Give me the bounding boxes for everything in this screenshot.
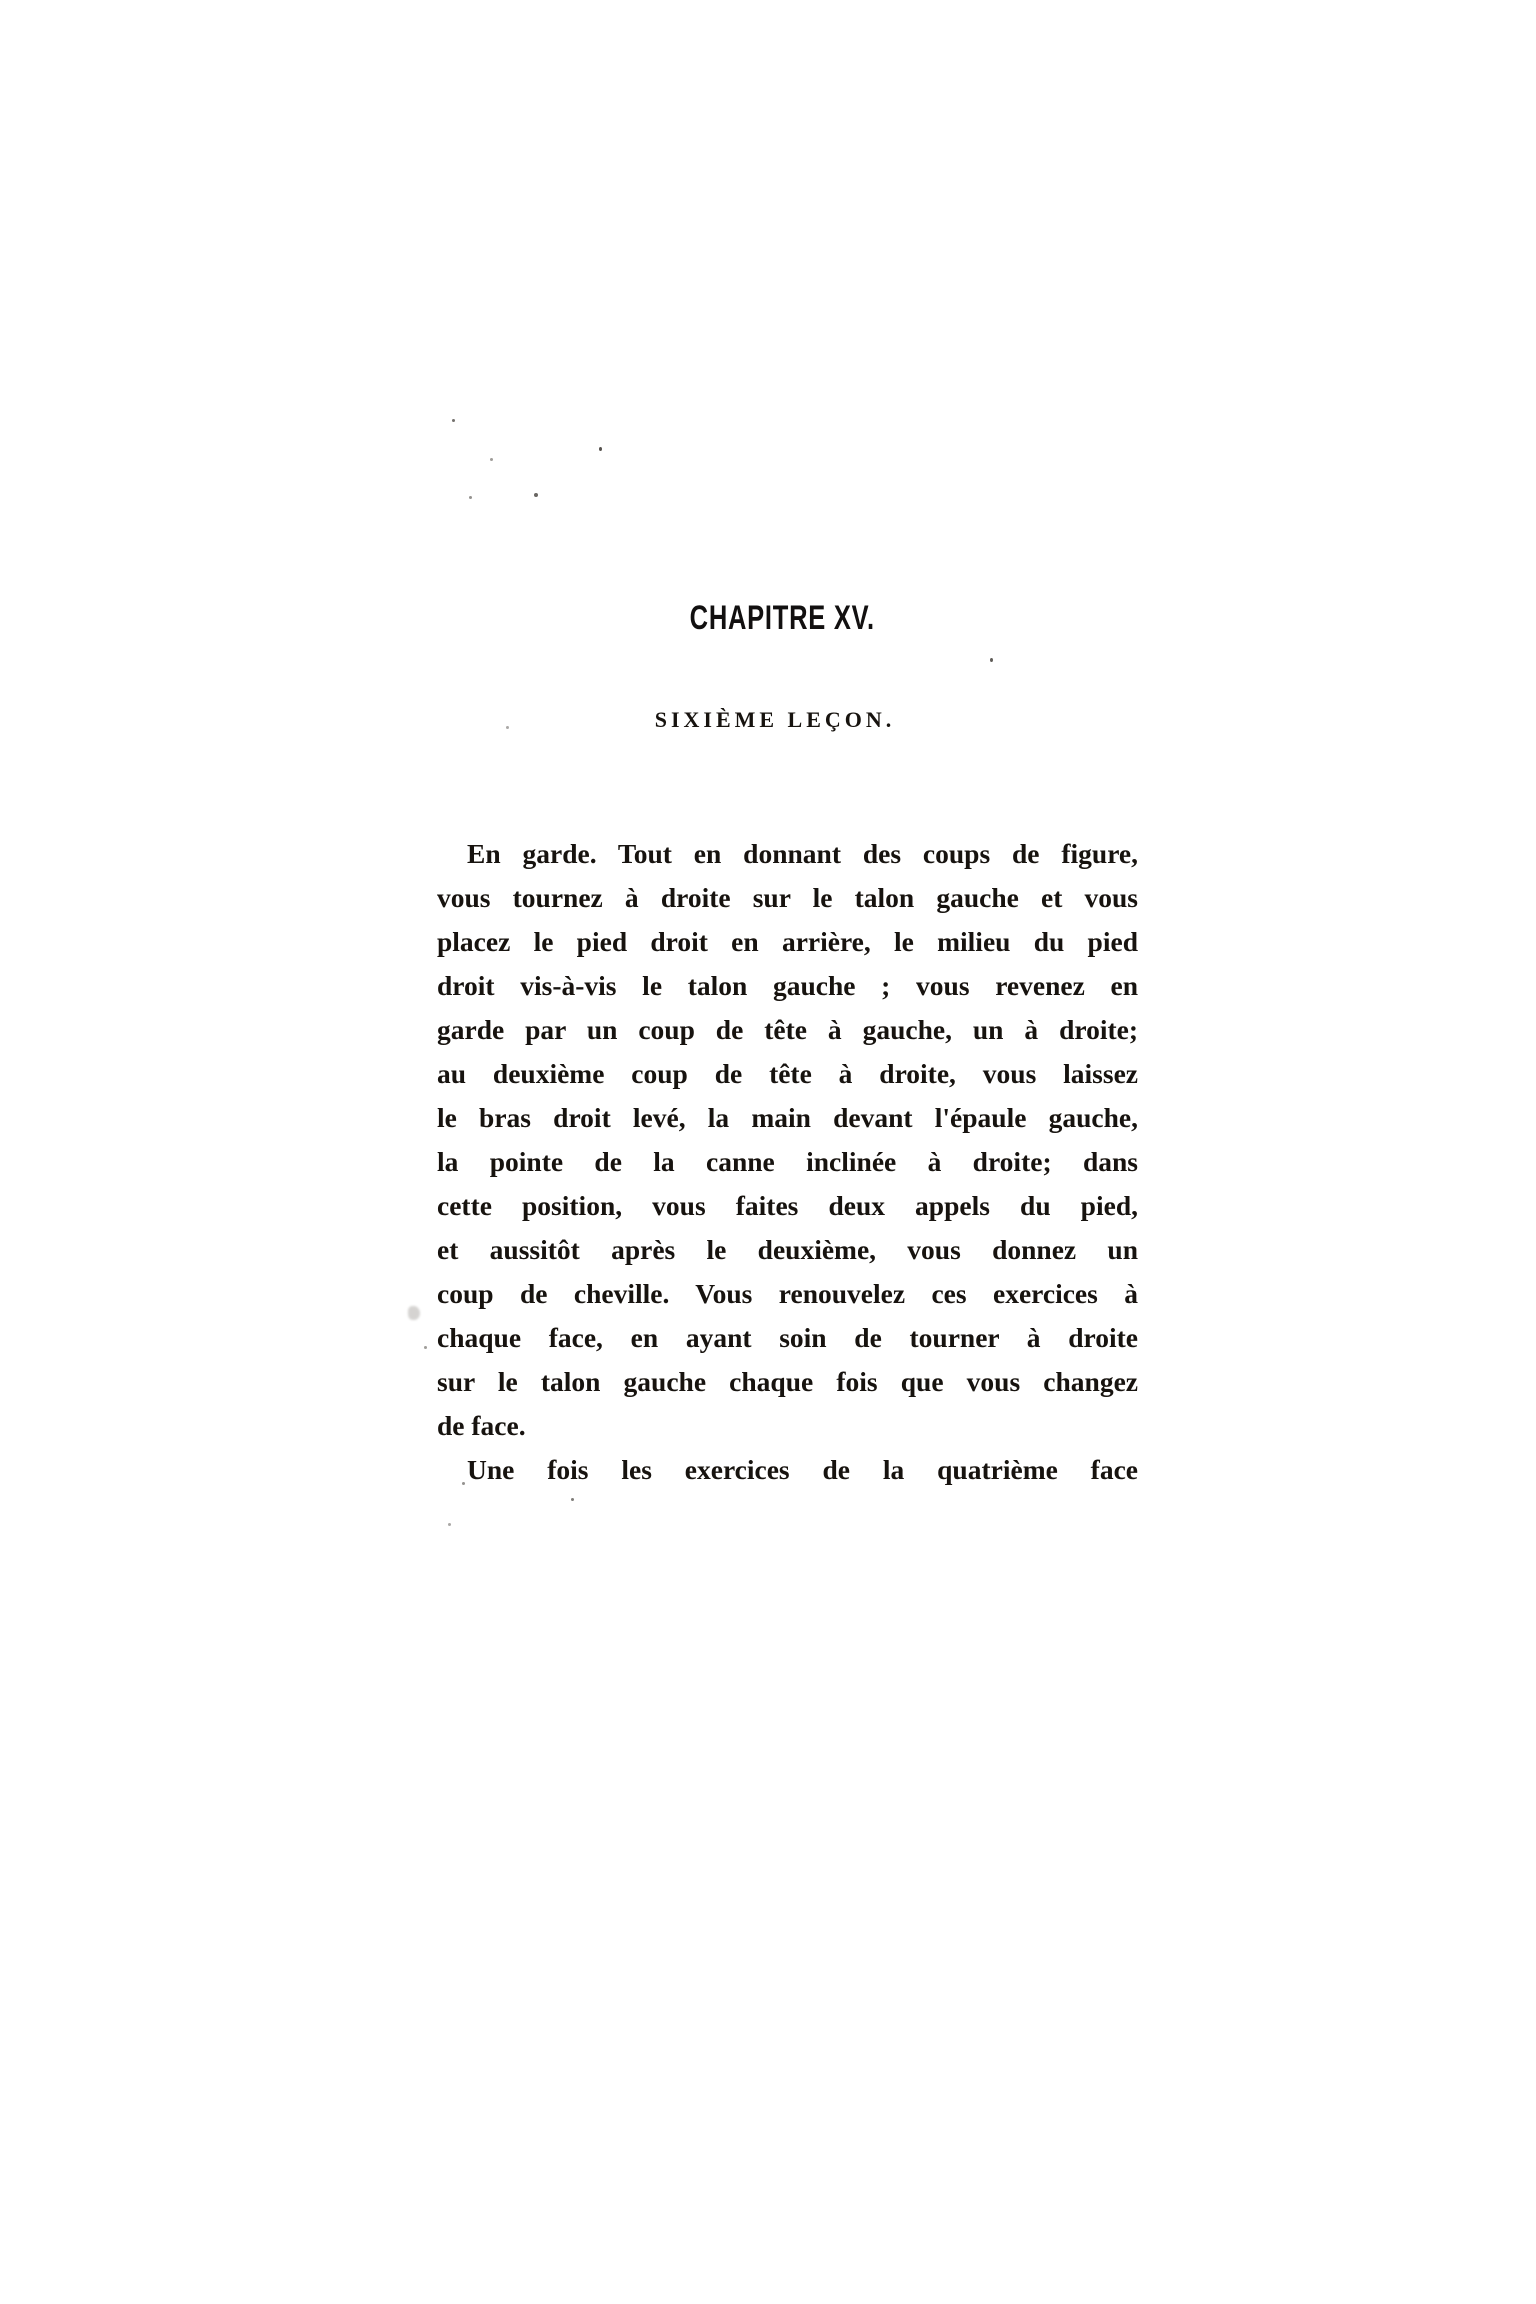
scan-speck — [599, 447, 602, 451]
body-text-block: En garde. Tout en donnant des coups de f… — [437, 832, 1138, 1492]
chapter-heading: CHAPITRE XV. — [192, 599, 1344, 638]
text-line: cette position, vous faites deux appels … — [437, 1184, 1138, 1228]
text-line: de face. — [437, 1404, 1138, 1448]
text-line: le bras droit levé, la main devant l'épa… — [437, 1096, 1138, 1140]
scan-speck — [506, 726, 509, 729]
text-line: chaque face, en ayant soin de tourner à … — [437, 1316, 1138, 1360]
scan-speck — [462, 1482, 465, 1485]
scan-speck — [452, 419, 455, 422]
text-line: vous tournez à droite sur le talon gauch… — [437, 876, 1138, 920]
book-page: CHAPITRE XV. SIXIÈME LEÇON. En garde. To… — [0, 0, 1536, 2304]
text-line: garde par un coup de tête à gauche, un à… — [437, 1008, 1138, 1052]
text-line: Une fois les exercices de la quatrième f… — [437, 1448, 1138, 1492]
text-line: placez le pied droit en arrière, le mili… — [437, 920, 1138, 964]
scan-speck — [469, 496, 472, 499]
scan-speck — [571, 1498, 574, 1501]
scan-speck — [424, 1346, 427, 1349]
scan-speck — [990, 658, 993, 662]
text-line: droit vis-à-vis le talon gauche ; vous r… — [437, 964, 1138, 1008]
text-line: la pointe de la canne inclinée à droite;… — [437, 1140, 1138, 1184]
text-line: et aussitôt après le deuxième, vous donn… — [437, 1228, 1138, 1272]
scan-speck — [490, 458, 493, 461]
scan-speck — [534, 493, 538, 497]
lesson-heading: SIXIÈME LEÇON. — [0, 707, 1536, 733]
scan-speck — [448, 1523, 451, 1526]
text-line: sur le talon gauche chaque fois que vous… — [437, 1360, 1138, 1404]
text-line: coup de cheville. Vous renouvelez ces ex… — [437, 1272, 1138, 1316]
text-line: En garde. Tout en donnant des coups de f… — [437, 832, 1138, 876]
scan-smudge — [408, 1306, 420, 1320]
text-line: au deuxième coup de tête à droite, vous … — [437, 1052, 1138, 1096]
